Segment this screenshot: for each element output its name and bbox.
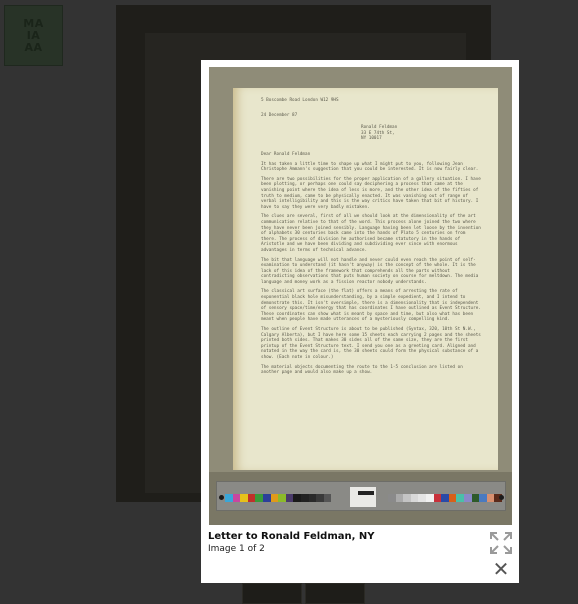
color-patch bbox=[411, 494, 419, 502]
color-patch bbox=[426, 494, 434, 502]
letter-body: Dear Ronald Feldman It has taken a littl… bbox=[261, 152, 483, 380]
color-patch bbox=[456, 494, 464, 502]
logo-line: MA bbox=[23, 18, 43, 30]
image-counter: Image 1 of 2 bbox=[208, 544, 265, 554]
letter-paragraph: It has taken a little time to shape up w… bbox=[261, 162, 483, 173]
letter-recipient: Ronald Feldman 33 E 74th St, NY 10017 bbox=[361, 125, 397, 142]
ruler-dot bbox=[219, 495, 224, 500]
color-patches-left bbox=[225, 494, 331, 502]
color-patches-right bbox=[388, 494, 502, 502]
color-patch bbox=[441, 494, 449, 502]
color-patch bbox=[240, 494, 248, 502]
letter-date: 24 December 87 bbox=[261, 113, 297, 119]
letter-paragraph: The outline of Event Structure is about … bbox=[261, 327, 483, 361]
thumbnail-1[interactable] bbox=[242, 583, 302, 604]
logo-line: IA bbox=[27, 30, 41, 42]
lightbox-modal: 5 Boscombe Road London W12 9HS 24 Decemb… bbox=[201, 60, 519, 583]
color-patch bbox=[403, 494, 411, 502]
color-patch bbox=[472, 494, 480, 502]
color-patch bbox=[271, 494, 279, 502]
color-patch bbox=[464, 494, 472, 502]
color-patch bbox=[278, 494, 286, 502]
color-calibration-chart bbox=[209, 472, 512, 525]
color-patch bbox=[479, 494, 487, 502]
lightbox-image[interactable]: 5 Boscombe Road London W12 9HS 24 Decemb… bbox=[209, 67, 512, 525]
letter-paragraph: There are two possibilities for the prop… bbox=[261, 177, 483, 211]
image-title: Letter to Ronald Feldman, NY bbox=[208, 531, 375, 542]
color-patch bbox=[293, 494, 301, 502]
site-logo[interactable]: MA IA AA bbox=[4, 5, 63, 66]
color-patch bbox=[487, 494, 495, 502]
ruler-label-card bbox=[350, 487, 376, 507]
color-patch bbox=[449, 494, 457, 502]
color-patch bbox=[248, 494, 256, 502]
letter-paragraph: The clues are several, first of all we s… bbox=[261, 214, 483, 253]
expand-arrows-icon[interactable] bbox=[488, 530, 514, 556]
logo-line: AA bbox=[24, 42, 42, 54]
color-patch bbox=[324, 494, 332, 502]
color-patch bbox=[396, 494, 404, 502]
letter-salutation: Dear Ronald Feldman bbox=[261, 152, 483, 158]
letter-paragraph: The material objects documenting the rou… bbox=[261, 365, 483, 376]
ruler-dot bbox=[499, 495, 504, 500]
color-patch bbox=[418, 494, 426, 502]
color-patch bbox=[434, 494, 442, 502]
color-patch bbox=[301, 494, 309, 502]
color-patch bbox=[255, 494, 263, 502]
color-patch bbox=[233, 494, 241, 502]
color-patch bbox=[286, 494, 294, 502]
color-ruler bbox=[216, 481, 506, 511]
thumbnail-2[interactable] bbox=[305, 583, 365, 604]
close-x-icon[interactable]: ✕ bbox=[492, 560, 510, 578]
color-patch bbox=[225, 494, 233, 502]
letter-paragraph: The bit that language will not handle an… bbox=[261, 258, 483, 286]
recipient-line: NY 10017 bbox=[361, 136, 397, 142]
letter-paragraph: The classical art surface (the flat) off… bbox=[261, 289, 483, 323]
color-patch bbox=[388, 494, 396, 502]
color-patch bbox=[309, 494, 317, 502]
color-patch bbox=[263, 494, 271, 502]
letter-document: 5 Boscombe Road London W12 9HS 24 Decemb… bbox=[233, 88, 498, 470]
color-patch bbox=[316, 494, 324, 502]
letter-address: 5 Boscombe Road London W12 9HS bbox=[261, 98, 339, 104]
recipient-line: Ronald Feldman bbox=[361, 125, 397, 131]
